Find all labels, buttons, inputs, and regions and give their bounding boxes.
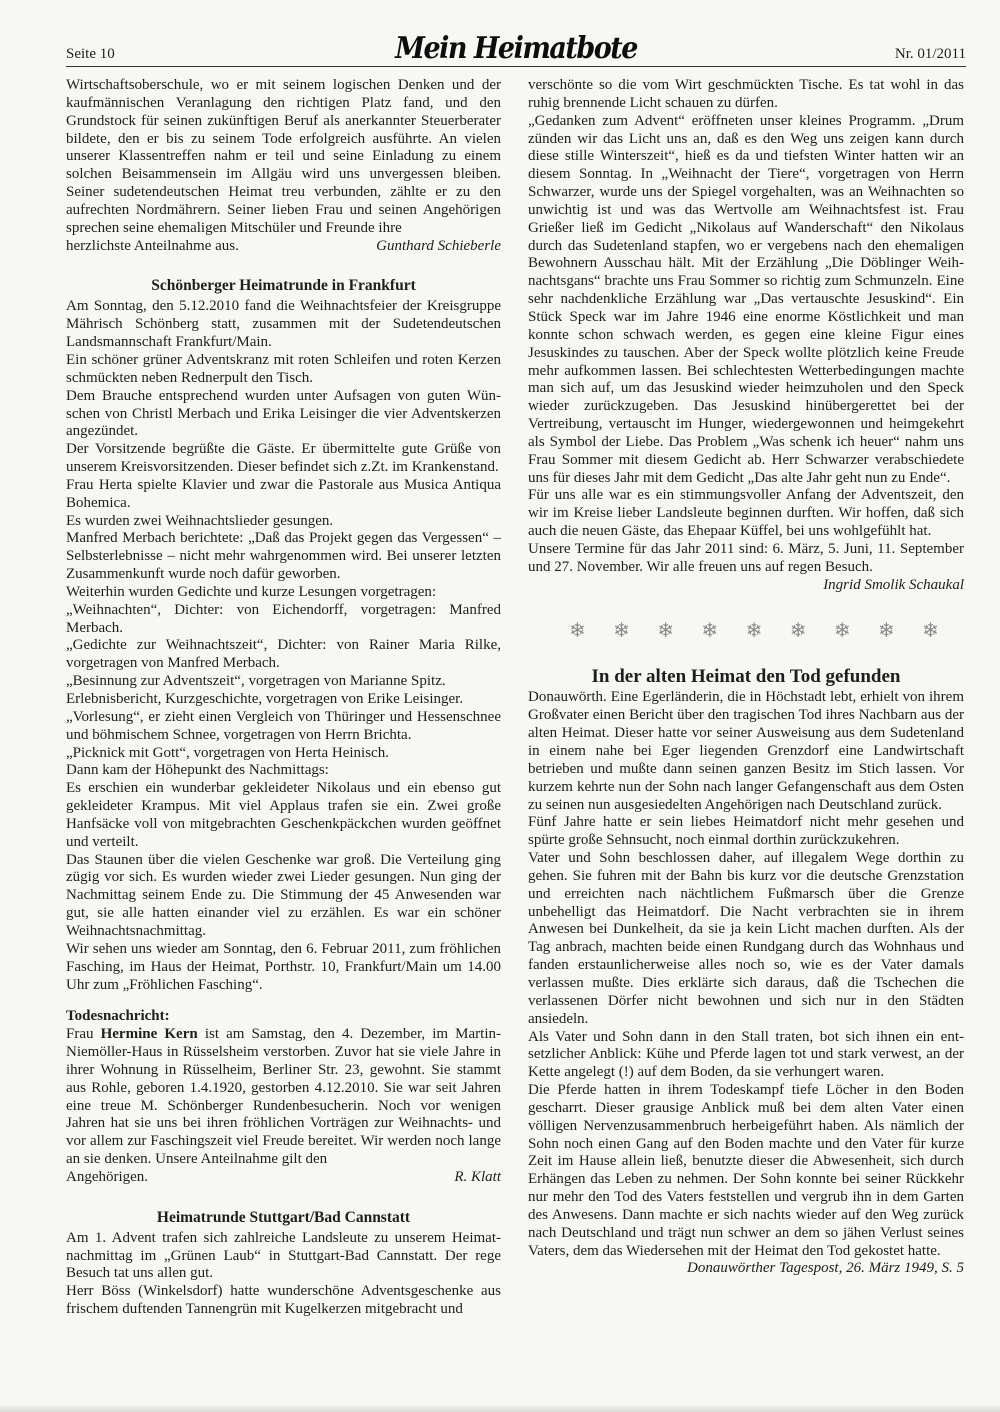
snowflake-icon: ❄	[701, 620, 718, 640]
body-paragraph: „Gedanken zum Advent“ eröffneten unser k…	[528, 113, 964, 488]
body-paragraph: „Picknick mit Gott“, vorgetragen von Her…	[66, 745, 501, 763]
body-paragraph: Weiterhin wurden Gedichte und kurze Lesu…	[66, 584, 501, 602]
body-paragraph: Das Staunen über die vielen Geschenke wa…	[66, 852, 501, 941]
snowflake-divider: ❄ ❄ ❄ ❄ ❄ ❄ ❄ ❄ ❄	[528, 620, 964, 640]
snowflake-icon: ❄	[878, 620, 895, 640]
author-signature: Gunthard Schieberle	[376, 238, 501, 256]
snowflake-icon: ❄	[657, 620, 674, 640]
body-paragraph: Donauwörth. Eine Egerländerin, die in Hö…	[528, 689, 964, 814]
body-paragraph: Dem Brauche entsprechend wurden unter Au…	[66, 388, 501, 442]
body-paragraph: Frau Hermine Kern ist am Samstag, den 4.…	[66, 1026, 501, 1169]
body-paragraph: Der Vorsitzende begrüßte die Gäste. Er ü…	[66, 441, 501, 477]
body-paragraph: Wirtschaftsoberschule, wo er mit seinem …	[66, 77, 501, 238]
left-column: Wirtschaftsoberschule, wo er mit seinem …	[66, 77, 501, 1319]
snowflake-icon: ❄	[790, 620, 807, 640]
article-frankfurt: Schönberger Heimatrunde in Frankfurt Am …	[66, 276, 501, 994]
issue-number: Nr. 01/2011	[895, 46, 966, 63]
body-paragraph: Manfred Merbach berichtete: „Daß das Pro…	[66, 530, 501, 584]
body-paragraph: verschönte so die vom Wirt geschmückten …	[528, 77, 964, 113]
body-paragraph: Dann kam der Höhepunkt des Nachmittags:	[66, 762, 501, 780]
page-header: Seite 10 Mein Heimatbote Nr. 01/2011	[66, 30, 966, 67]
article-title: Heimatrunde Stuttgart/Bad Cannstatt	[66, 1208, 501, 1228]
deceased-name: Hermine Kern	[101, 1026, 198, 1042]
body-paragraph: Es erschien ein wunderbar gekleideter Ni…	[66, 780, 501, 851]
masthead-logo: Mein Heimatbote	[395, 31, 637, 65]
body-paragraph: Am 1. Advent trafen sich zahlreiche Land…	[66, 1230, 501, 1284]
body-paragraph: Für uns alle war es ein stimmungsvoller …	[528, 487, 964, 541]
body-paragraph: Fünf Jahre hatte er sein liebes Heimatdo…	[528, 814, 964, 850]
body-paragraph: Wir sehen uns wieder am Sonntag, den 6. …	[66, 941, 501, 995]
article-stuttgart-continued: verschönte so die vom Wirt geschmückten …	[528, 77, 964, 594]
right-column: verschönte so die vom Wirt geschmückten …	[528, 77, 964, 1278]
author-signature: R. Klatt	[454, 1169, 501, 1187]
body-paragraph: Erlebnisbericht, Kurzgeschichte, vorgetr…	[66, 691, 501, 709]
snowflake-icon: ❄	[834, 620, 851, 640]
snowflake-icon: ❄	[922, 620, 939, 640]
body-paragraph: Ein schöner grüner Adventskranz mit rote…	[66, 352, 501, 388]
body-paragraph: Frau Herta spielte Klavier und zwar die …	[66, 477, 501, 513]
closing-line: Angehörigen. R. Klatt	[66, 1169, 501, 1187]
article-heimat-tod: In der alten Heimat den Tod gefunden Don…	[528, 666, 964, 1278]
body-paragraph: „Weihnachten“, Dichter: von Eichendorff,…	[66, 602, 501, 638]
body-text: Frau	[66, 1026, 101, 1042]
body-paragraph: „Besinnung zur Adventszeit“, vorgetragen…	[66, 673, 501, 691]
body-text: ist am Samstag, den 4. Dezember, im Mart…	[66, 1026, 501, 1167]
source-citation: Donauwörther Tagespost, 26. März 1949, S…	[528, 1260, 964, 1278]
body-paragraph: Herr Böss (Winkelsdorf) hatte wunderschö…	[66, 1283, 501, 1319]
body-paragraph: Die Pferde hatten in ihrem Todeskampf ti…	[528, 1082, 964, 1260]
body-paragraph: Vater und Sohn beschlossen daher, auf il…	[528, 850, 964, 1028]
snowflake-icon: ❄	[569, 620, 586, 640]
article-title: Schönberger Heimatrunde in Frankfurt	[66, 276, 501, 296]
body-text: Angehörigen.	[66, 1169, 148, 1187]
snowflake-icon: ❄	[613, 620, 630, 640]
body-paragraph: Es wurden zwei Weihnachtslieder gesungen…	[66, 513, 501, 531]
obituary-continuation: Wirtschaftsoberschule, wo er mit seinem …	[66, 77, 501, 255]
body-paragraph: Am Sonntag, den 5.12.2010 fand die Weihn…	[66, 298, 501, 352]
article-stuttgart: Heimatrunde Stuttgart/Bad Cannstatt Am 1…	[66, 1208, 501, 1319]
page-number: Seite 10	[66, 46, 115, 63]
newspaper-page: Seite 10 Mein Heimatbote Nr. 01/2011 Wir…	[0, 0, 1000, 1412]
body-text: herzlichste Anteilnahme aus.	[66, 238, 239, 256]
closing-line: herzlichste Anteilnahme aus. Gunthard Sc…	[66, 238, 501, 256]
body-paragraph: Als Vater und Sohn dann in den Stall tra…	[528, 1029, 964, 1083]
author-signature: Ingrid Smolik Schaukal	[528, 577, 964, 595]
snowflake-icon: ❄	[746, 620, 763, 640]
death-notice-heading: Todesnachricht:	[66, 1008, 501, 1026]
page-bottom-edge	[0, 1406, 1000, 1412]
article-title: In der alten Heimat den Tod gefunden	[528, 666, 964, 688]
body-paragraph: Unsere Termine für das Jahr 2011 sind: 6…	[528, 541, 964, 577]
body-paragraph: „Vorlesung“, er zieht einen Vergleich vo…	[66, 709, 501, 745]
body-paragraph: „Gedichte zur Weihnachtszeit“, Dichter: …	[66, 637, 501, 673]
death-notice: Todesnachricht: Frau Hermine Kern ist am…	[66, 1008, 501, 1186]
